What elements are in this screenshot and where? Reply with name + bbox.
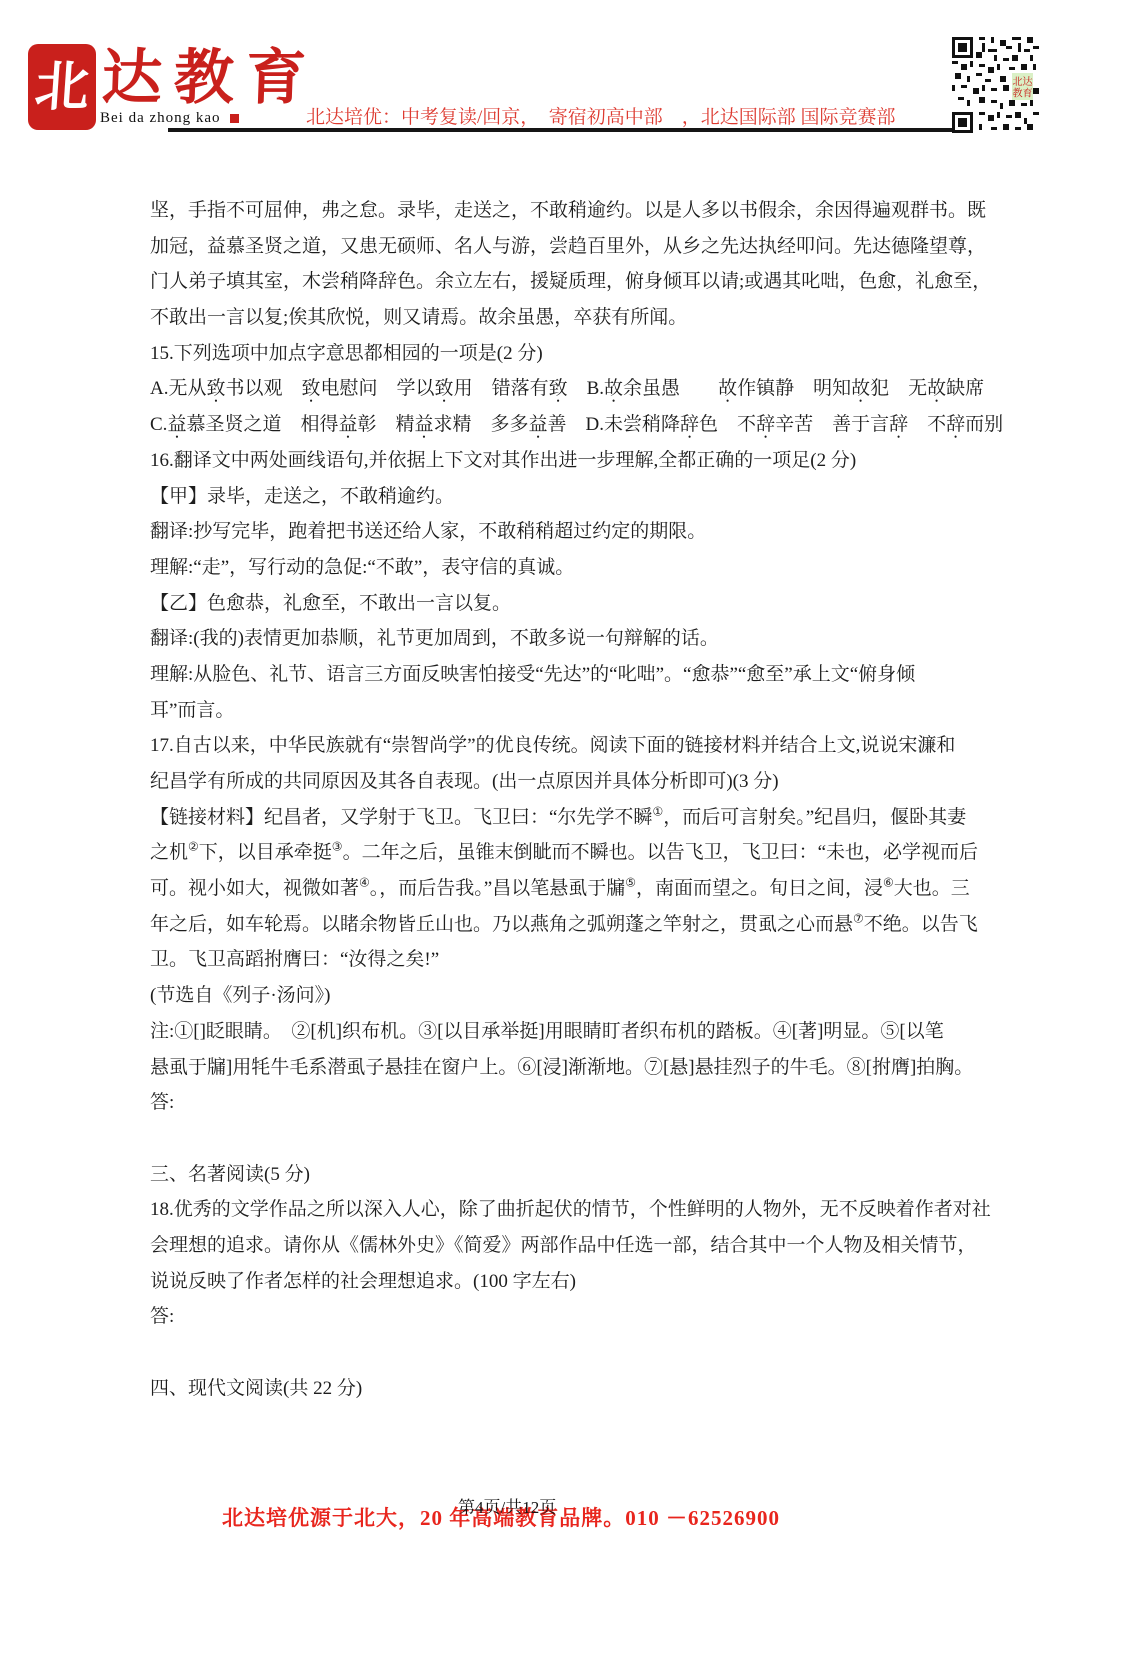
body-line: 翻译:(我的)表情更加恭顺，礼节更加周到，不敢多说一句辩解的话。 bbox=[150, 621, 1000, 657]
exam-body: 坚，手指不可屈伸，弗之怠。录毕，走送之，不敢稍逾约。以是人多以书假余，余因得遍观… bbox=[150, 193, 1000, 1406]
body-line: (节选自《列子·汤问》) bbox=[150, 978, 1000, 1014]
footer-page-number: 第4页/共12页 bbox=[458, 1493, 556, 1518]
body-line: 年之后，如车轮焉。以睹余物皆丘山也。乃以燕角之弧朔蓬之竿射之，贯虱之心而悬⑦不绝… bbox=[150, 907, 1000, 943]
body-line: A.无从致书以观 致电慰问 学以致用 错落有致 B.故余虽愚 故作镇静 明知故犯… bbox=[150, 371, 1000, 407]
logo-subtitle-text: Bei da zhong kao bbox=[100, 110, 221, 126]
qr-label-line2: 教育 bbox=[1012, 86, 1032, 99]
body-line: 说说反映了作者怎样的社会理想追求。(100 字左右) bbox=[150, 1264, 1000, 1300]
body-line: 注:①[]眨眼睛。 ②[机]织布机。③[以目承举挺]用眼睛盯者织布机的踏板。④[… bbox=[150, 1014, 1000, 1050]
body-line: 三、名著阅读(5 分) bbox=[150, 1157, 1000, 1193]
body-line: 坚，手指不可屈伸，弗之怠。录毕，走送之，不敢稍逾约。以是人多以书假余，余因得遍观… bbox=[150, 193, 1000, 229]
body-line: 答: bbox=[150, 1299, 1000, 1335]
body-line: 之机②下，以目承牵挺③。二年之后，虽锥末倒眦而不瞬也。以告飞卫，飞卫曰：“未也，… bbox=[150, 835, 1000, 871]
body-line: 纪昌学有所成的共同原因及其各自表现。(出一点原因并具体分析即可)(3 分) bbox=[150, 764, 1000, 800]
body-line: 会理想的追求。请你从《儒林外史》《简爱》两部作品中任选一部，结合其中一个人物及相… bbox=[150, 1228, 1000, 1264]
body-line: 答: bbox=[150, 1085, 1000, 1121]
body-line: 悬虱于牖]用牦牛毛系潜虱子悬挂在窗户上。⑥[浸]渐渐地。⑦[悬]悬挂烈子的牛毛。… bbox=[150, 1050, 1000, 1086]
body-line: 不敢出一言以复;俟其欣悦，则又请焉。故余虽愚，卒获有所闻。 bbox=[150, 300, 1000, 336]
body-line bbox=[150, 1335, 1000, 1371]
body-line: 【乙】色愈恭，礼愈至，不敢出一言以复。 bbox=[150, 586, 1000, 622]
body-line: 门人弟子填其室，木尝稍降辞色。余立左右，援疑质理，俯身倾耳以请;或遇其叱咄，色愈… bbox=[150, 264, 1000, 300]
body-line: 四、现代文阅读(共 22 分) bbox=[150, 1371, 1000, 1407]
body-line: 理解:“走”，写行动的急促:“不敢”，表守信的真诚。 bbox=[150, 550, 1000, 586]
header-slogan: 北达培优：中考复读/回京， 寄宿初高中部 ，北达国际部 国际竞赛部 bbox=[306, 102, 896, 129]
body-line bbox=[150, 1121, 1000, 1157]
document-page: 北 达教育 Bei da zhong kao 北达培优：中考复读/回京， 寄宿初… bbox=[0, 0, 1134, 1654]
logo-seal-char: 北 bbox=[33, 60, 91, 114]
header-rule bbox=[168, 128, 968, 132]
body-line: 【甲】录毕，走送之，不敢稍逾约。 bbox=[150, 479, 1000, 515]
logo-subtitle: Bei da zhong kao bbox=[100, 110, 239, 127]
body-line: 16.翻译文中两处画线语句,并依据上下文对其作出进一步理解,全都正确的一项足(2… bbox=[150, 443, 1000, 479]
body-line: C.益慕圣贤之道 相得益彰 精益求精 多多益善 D.未尝稍降辞色 不辞辛苦 善于… bbox=[150, 407, 1000, 443]
body-line: 15.下列选项中加点字意思都相园的一项是(2 分) bbox=[150, 336, 1000, 372]
body-line: 耳”而言。 bbox=[150, 693, 1000, 729]
body-line: 可。视小如大，视微如著④。，而后告我。”昌以笔悬虱于牖⑤，南面而望之。旬日之间，… bbox=[150, 871, 1000, 907]
qr-center-label: 北达 教育 bbox=[1012, 73, 1033, 100]
body-line: 17.自古以来，中华民族就有“崇智尚学”的优良传统。阅读下面的链接材料并结合上文… bbox=[150, 728, 1000, 764]
body-line: 理解:从脸色、礼节、语言三方面反映害怕接受“先达”的“叱咄”。“愈恭”“愈至”承… bbox=[150, 657, 1000, 693]
red-square-icon bbox=[230, 114, 239, 123]
body-line: 卫。飞卫高蹈拊膺曰：“汝得之矣!” bbox=[150, 942, 1000, 978]
body-line: 翻译:抄写完毕，跑着把书送还给人家，不敢稍稍超过约定的期限。 bbox=[150, 514, 1000, 550]
logo-seal: 北 bbox=[30, 46, 94, 128]
qr-code-image: 北达 教育 bbox=[952, 37, 1039, 133]
body-line: 【链接材料】纪昌者，又学射于飞卫。飞卫曰：“尔先学不瞬①，而后可言射矣。”纪昌归… bbox=[150, 800, 1000, 836]
qr-label-line1: 北达 bbox=[1012, 75, 1033, 88]
body-line: 18.优秀的文学作品之所以深入人心，除了曲折起伏的情节，个性鲜明的人物外，无不反… bbox=[150, 1192, 1000, 1228]
logo-calligraphy-text: 达教育 bbox=[101, 42, 320, 114]
body-line: 加冠，益慕圣贤之道，又患无硕师、名人与游，尝趋百里外，从乡之先达执经叩问。先达德… bbox=[150, 229, 1000, 265]
qr-code: 北达 教育 bbox=[952, 37, 1039, 138]
